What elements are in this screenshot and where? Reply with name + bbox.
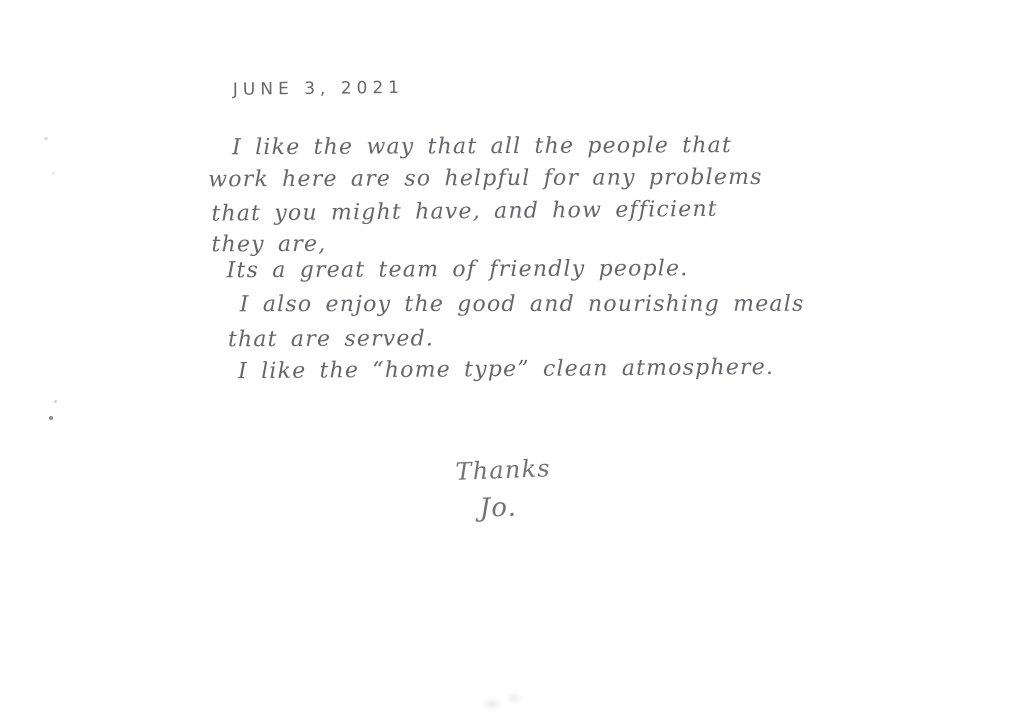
scan-speck (49, 416, 53, 420)
note-body-line: that you might have, and how efficient (211, 197, 718, 227)
scanned-handwritten-note: JUNE 3, 2021 I like the way that all the… (0, 0, 1024, 712)
scan-speck (54, 400, 57, 403)
note-body-line: I like the way that all the people that (232, 133, 732, 160)
scan-speck (44, 137, 48, 140)
note-body-line: Its a great team of friendly people. (227, 256, 689, 283)
note-closing: Thanks (455, 454, 551, 486)
note-body-line: I like the “home type” clean atmosphere. (238, 355, 774, 384)
note-body-line: that are served. (228, 326, 434, 352)
scan-smudge (485, 700, 499, 708)
scan-speck (52, 172, 55, 175)
note-body-line: they are, (211, 232, 326, 258)
note-body-line: work here are so helpful for any problem… (208, 165, 763, 192)
note-body-line: I also enjoy the good and nourishing mea… (240, 292, 805, 317)
letter-content: JUNE 3, 2021 I like the way that all the… (0, 0, 1024, 712)
note-date: JUNE 3, 2021 (233, 78, 404, 100)
scan-smudge (508, 694, 520, 703)
note-signature: Jo. (479, 493, 517, 524)
